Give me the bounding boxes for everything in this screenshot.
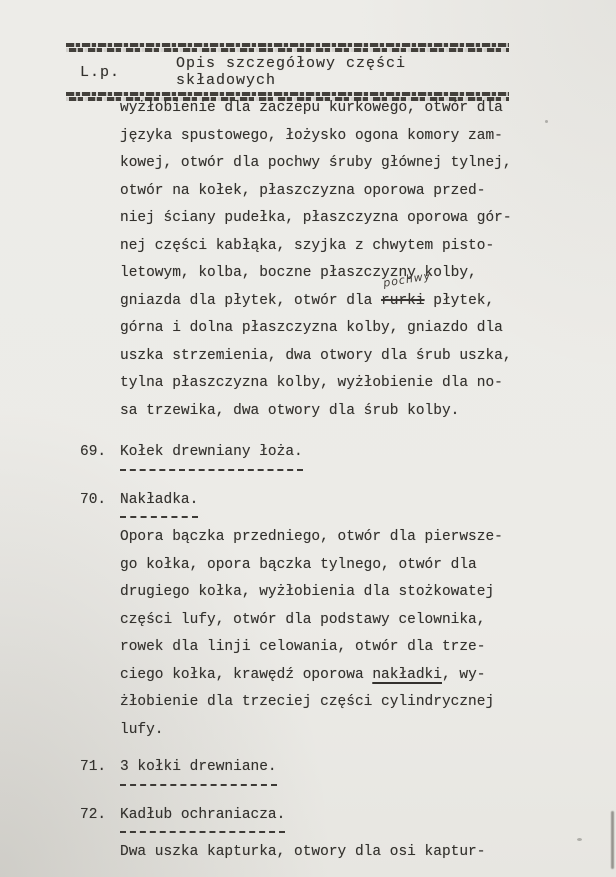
scanned-document-page: L.p. Opis szczegółowy części składowych … [0, 0, 616, 877]
text-line: sa trzewika, dwa otwory dla śrub kolby. [120, 398, 530, 426]
corrected-word-wrap: rurkipochwy [381, 288, 425, 316]
header-col-description: Opis szczegółowy części składowych [176, 55, 509, 89]
text-line: tylna płaszczyzna kolby, wyżłobienie dla… [120, 370, 530, 398]
text-line: górna i dolna płaszczyzna kolby, gniazdo… [120, 315, 530, 343]
text-line: kowej, otwór dla pochwy śruby głównej ty… [120, 150, 530, 178]
text-line: części lufy, otwór dla podstawy celownik… [120, 607, 530, 635]
document-body: wyżłobienie dla zaczepu kurkowego, otwór… [0, 95, 616, 867]
text-line: letowym, kolba, boczne płaszczyzny kolby… [120, 260, 530, 288]
list-item-72: 72. Kadłub ochraniacza. [80, 802, 616, 834]
header-row: L.p. Opis szczegółowy części składowych [66, 53, 509, 92]
text-line: wyżłobienie dla zaczepu kurkowego, otwór… [120, 95, 530, 123]
text-prefix: gniazda dla płytek, otwór dla [120, 293, 381, 309]
list-item-69: 69. Kołek drewniany łoża. [80, 439, 616, 471]
scan-speck [577, 838, 582, 841]
text-line: Opora bączka przedniego, otwór dla pierw… [120, 524, 530, 552]
table-header: L.p. Opis szczegółowy części składowych [66, 43, 509, 102]
item-number: 71. [80, 754, 120, 786]
list-item-71: 71. 3 kołki drewniane. [80, 754, 616, 786]
item-70-description: Opora bączka przedniego, otwór dla pierw… [120, 524, 530, 744]
text-line: niej ściany pudełka, płaszczyzna oporowa… [120, 205, 530, 233]
text-line-with-correction: gniazda dla płytek, otwór dla rurkipochw… [120, 288, 530, 316]
text-suffix: , wy- [442, 667, 486, 683]
text-line: Dwa uszka kapturka, otwory dla osi kaptu… [120, 839, 530, 867]
header-top-border [66, 43, 509, 47]
item-title: 3 kołki drewniane. [120, 754, 277, 786]
text-prefix: ciego kołka, krawędź oporowa [120, 667, 372, 683]
text-line: żłobienie dla trzeciej części cylindrycz… [120, 689, 530, 717]
item-title: Nakładka. [120, 487, 198, 519]
text-line: drugiego kołka, wyżłobienia dla stożkowa… [120, 579, 530, 607]
scan-edge-artifact [611, 811, 614, 869]
item-title: Kadłub ochraniacza. [120, 802, 285, 834]
item-title: Kołek drewniany łoża. [120, 439, 303, 471]
item-68-continuation: wyżłobienie dla zaczepu kurkowego, otwór… [120, 95, 530, 425]
text-line: go kołka, opora bączka tylnego, otwór dl… [120, 552, 530, 580]
text-line: otwór na kołek, płaszczyzna oporowa prze… [120, 178, 530, 206]
text-line-with-underline: ciego kołka, krawędź oporowa nakładki, w… [120, 662, 530, 690]
underlined-word: nakładki [372, 667, 442, 683]
header-col-number: L.p. [80, 64, 120, 81]
struck-word: rurki [381, 293, 425, 309]
item-number: 69. [80, 439, 120, 471]
scan-speck [545, 120, 548, 123]
item-number: 70. [80, 487, 120, 519]
text-line: uszka strzemienia, dwa otwory dla śrub u… [120, 343, 530, 371]
text-line: rowek dla linji celowania, otwór dla trz… [120, 634, 530, 662]
text-line: języka spustowego, łożysko ogona komory … [120, 123, 530, 151]
item-number: 72. [80, 802, 120, 834]
item-72-description: Dwa uszka kapturka, otwory dla osi kaptu… [120, 839, 530, 867]
text-suffix: płytek, [425, 293, 495, 309]
text-line: lufy. [120, 717, 530, 745]
text-line: nej części kabłąka, szyjka z chwytem pis… [120, 233, 530, 261]
list-item-70: 70. Nakładka. [80, 487, 616, 519]
header-top-border-2 [66, 48, 509, 52]
